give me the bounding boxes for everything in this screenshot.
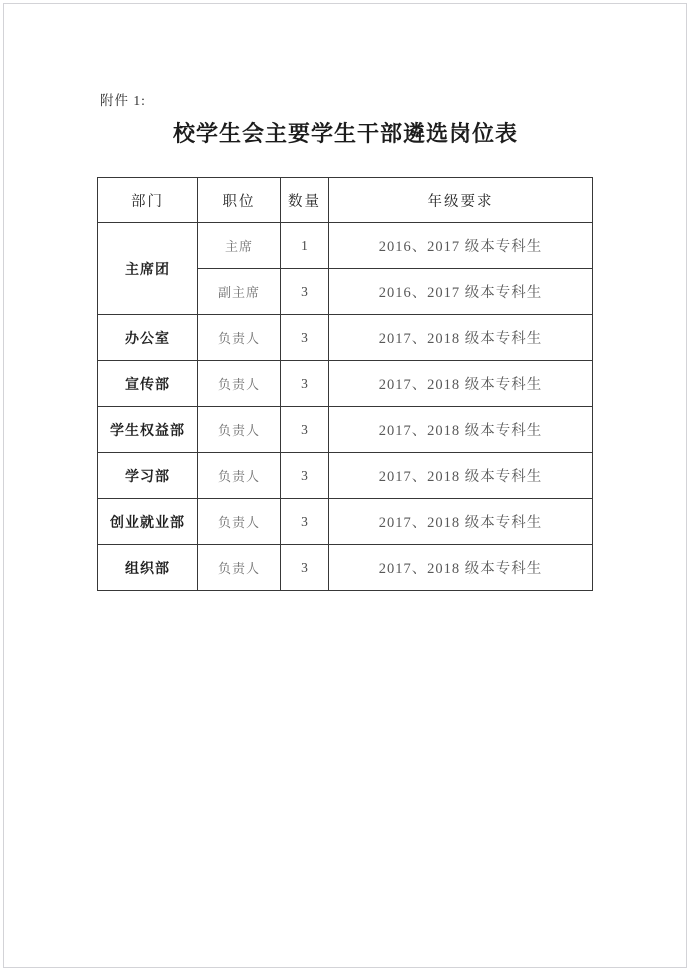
position-cell: 负责人 [198, 545, 281, 591]
department-cell: 创业就业部 [98, 499, 198, 545]
table-row: 创业就业部 负责人 3 2017、2018 级本专科生 [98, 499, 593, 545]
department-cell: 学习部 [98, 453, 198, 499]
requirement-cell: 2016、2017 级本专科生 [329, 223, 593, 269]
table-row: 学习部 负责人 3 2017、2018 级本专科生 [98, 453, 593, 499]
position-cell: 负责人 [198, 407, 281, 453]
count-cell: 1 [281, 223, 329, 269]
table-row: 宣传部 负责人 3 2017、2018 级本专科生 [98, 361, 593, 407]
position-cell: 负责人 [198, 499, 281, 545]
requirement-cell: 2017、2018 级本专科生 [329, 407, 593, 453]
count-cell: 3 [281, 545, 329, 591]
header-department: 部门 [98, 178, 198, 223]
header-count: 数量 [281, 178, 329, 223]
department-cell: 办公室 [98, 315, 198, 361]
position-cell: 主席 [198, 223, 281, 269]
department-cell: 主席团 [98, 223, 198, 315]
table-row: 主席团 主席 1 2016、2017 级本专科生 [98, 223, 593, 269]
count-cell: 3 [281, 453, 329, 499]
position-cell: 负责人 [198, 453, 281, 499]
header-requirement: 年级要求 [329, 178, 593, 223]
department-cell: 组织部 [98, 545, 198, 591]
count-cell: 3 [281, 269, 329, 315]
requirement-cell: 2017、2018 级本专科生 [329, 315, 593, 361]
requirement-cell: 2017、2018 级本专科生 [329, 453, 593, 499]
position-cell: 负责人 [198, 315, 281, 361]
header-position: 职位 [198, 178, 281, 223]
department-cell: 宣传部 [98, 361, 198, 407]
requirement-cell: 2016、2017 级本专科生 [329, 269, 593, 315]
attachment-label: 附件 1: [100, 89, 146, 109]
count-cell: 3 [281, 499, 329, 545]
table-row: 学生权益部 负责人 3 2017、2018 级本专科生 [98, 407, 593, 453]
count-cell: 3 [281, 361, 329, 407]
requirement-cell: 2017、2018 级本专科生 [329, 499, 593, 545]
department-cell: 学生权益部 [98, 407, 198, 453]
table-row: 组织部 负责人 3 2017、2018 级本专科生 [98, 545, 593, 591]
requirement-cell: 2017、2018 级本专科生 [329, 545, 593, 591]
requirement-cell: 2017、2018 级本专科生 [329, 361, 593, 407]
table-header-row: 部门 职位 数量 年级要求 [98, 178, 593, 223]
page-title: 校学生会主要学生干部遴选岗位表 [98, 117, 593, 148]
document-page: 附件 1: 校学生会主要学生干部遴选岗位表 部门 职位 数量 年级要求 主席团 … [0, 0, 692, 975]
count-cell: 3 [281, 407, 329, 453]
count-cell: 3 [281, 315, 329, 361]
position-cell: 负责人 [198, 361, 281, 407]
position-cell: 副主席 [198, 269, 281, 315]
table-row: 办公室 负责人 3 2017、2018 级本专科生 [98, 315, 593, 361]
position-table: 部门 职位 数量 年级要求 主席团 主席 1 2016、2017 级本专科生 副… [97, 177, 593, 591]
